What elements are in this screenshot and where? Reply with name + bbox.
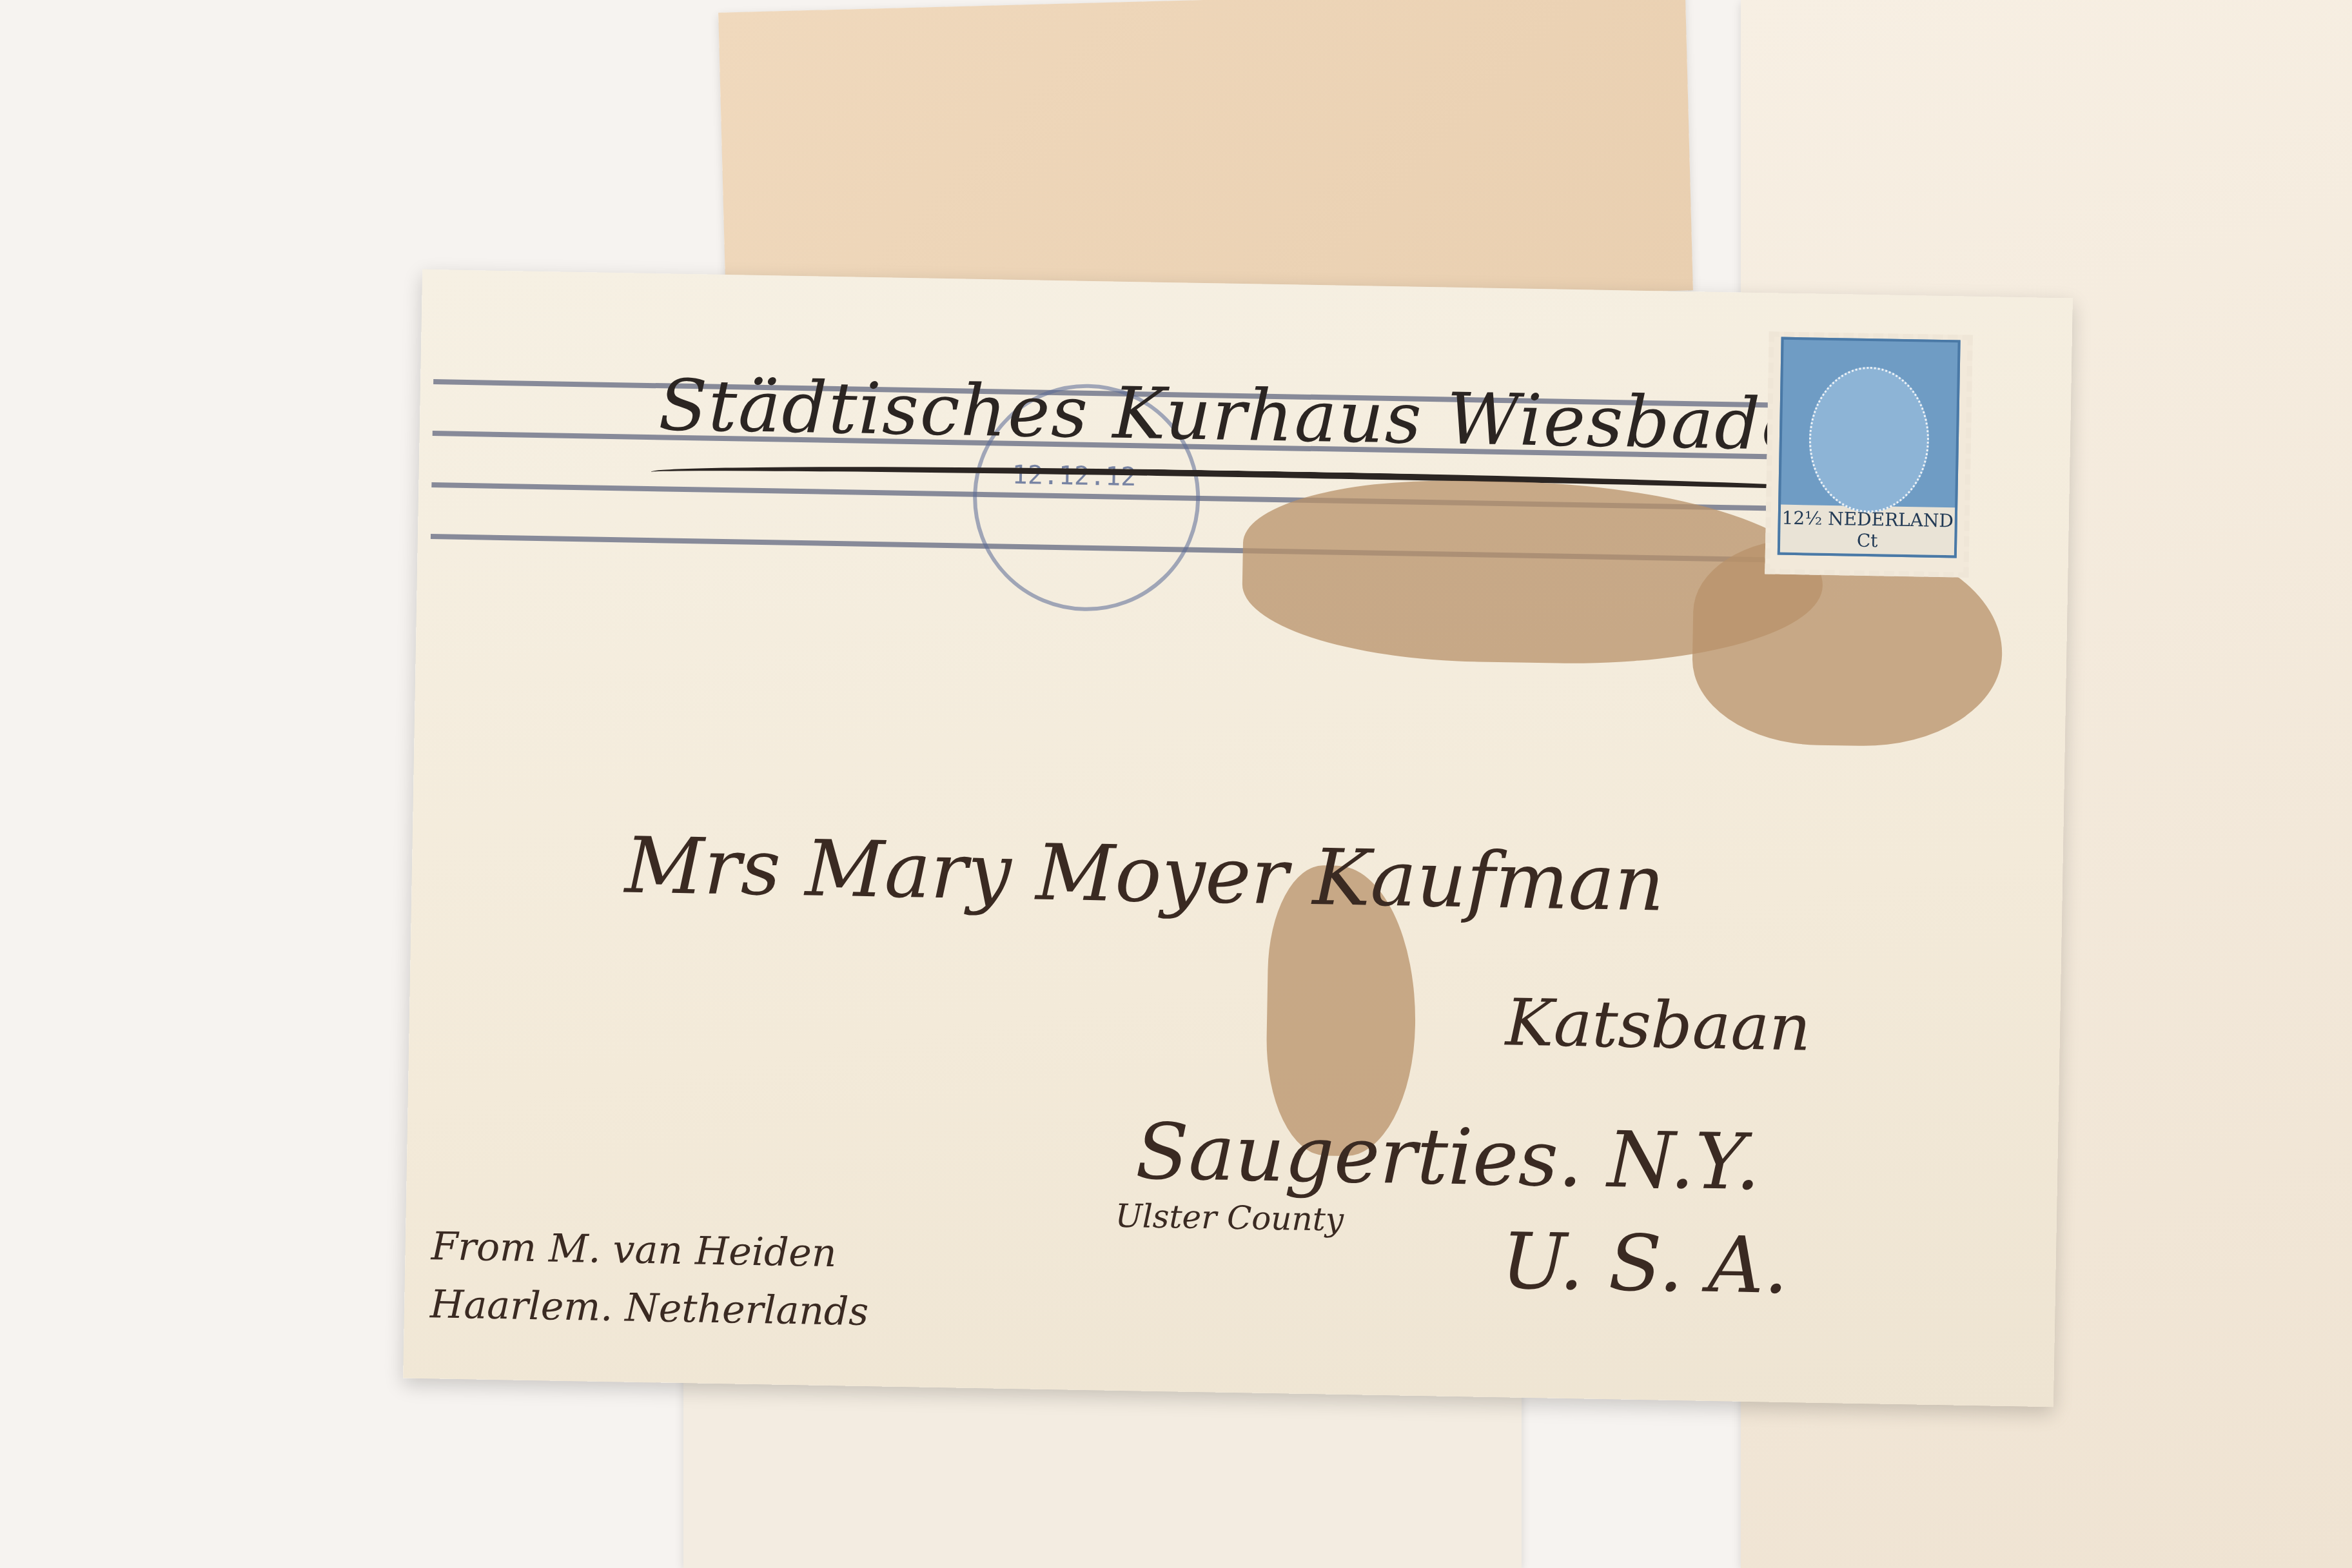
stamp-country: NEDERLAND: [1828, 508, 1954, 531]
stamp-value: 12½: [1781, 507, 1822, 529]
handwritten-letter-top: [718, 0, 1693, 316]
postage-stamp: 12½ NEDERLAND Ct: [1765, 331, 1973, 577]
address-line-2: Katsbaan: [1505, 985, 1811, 1065]
sender-line-2: Haarlem. Netherlands: [430, 1282, 869, 1335]
address-line-1: Mrs Mary Moyer Kaufman: [624, 821, 1665, 928]
address-line-3: Saugerties. N.Y.: [1135, 1107, 1761, 1208]
address-line-5: U. S. A.: [1500, 1217, 1789, 1311]
letterhead: Städtisches Kurhaus Wiesbaden: [658, 364, 1852, 467]
address-line-4: Ulster County: [1115, 1197, 1344, 1239]
queen-portrait: [1808, 366, 1930, 513]
stamp-unit: Ct: [1857, 530, 1878, 552]
sender-line-1: From M. van Heiden: [431, 1224, 837, 1276]
envelope: 12.12.12 Städtisches Kurhaus Wiesbaden 1…: [403, 269, 2073, 1407]
